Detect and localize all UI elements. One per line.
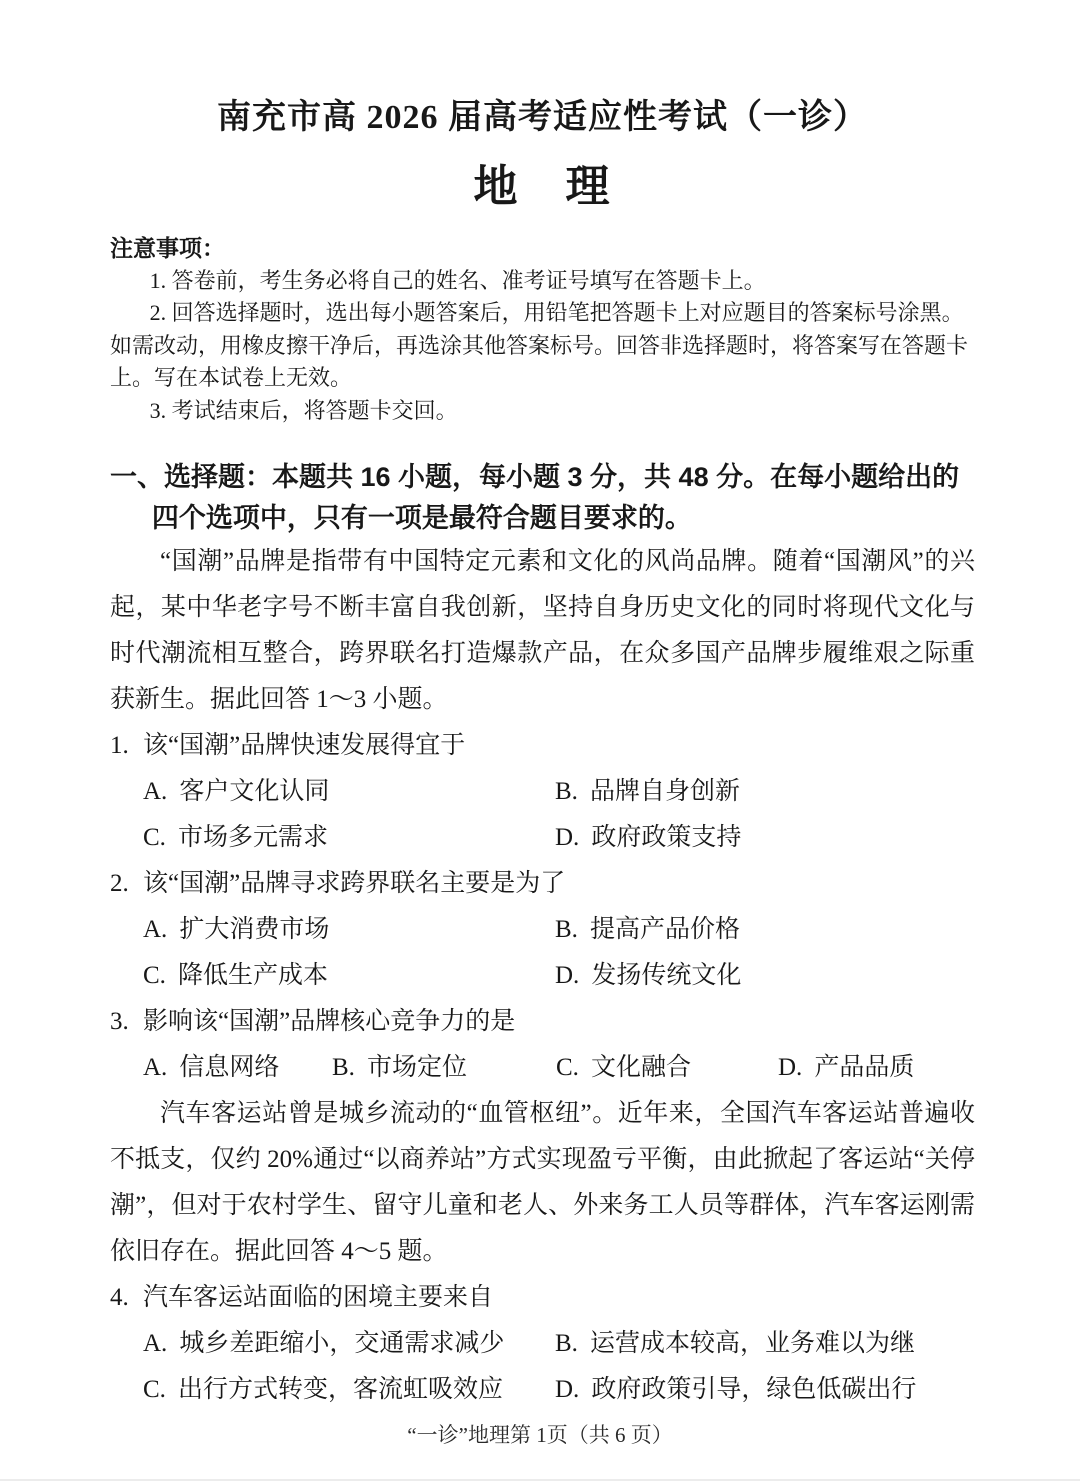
option-b: B.提高产品价格 xyxy=(555,907,975,953)
option-text: 文化融合 xyxy=(591,1054,691,1081)
question-number: 3. xyxy=(110,999,143,1045)
notice-heading: 注意事项： xyxy=(110,232,975,265)
option-label: B. xyxy=(332,1054,355,1081)
notice-item-1: 1. 答卷前，考生务必将自己的姓名、准考证号填写在答题卡上。 xyxy=(110,265,975,298)
option-label: A. xyxy=(143,1054,167,1081)
passage-bus-station: 汽车客运站曾是城乡流动的“血管枢纽”。近年来，全国汽车客运站普遍收不抵支，仅约 … xyxy=(110,1091,975,1275)
option-d: D.产品品质 xyxy=(778,1045,975,1091)
notice-section: 注意事项： 1. 答卷前，考生务必将自己的姓名、准考证号填写在答题卡上。 2. … xyxy=(110,232,975,427)
question-1-options: A.客户文化认同 B.品牌自身创新 C.市场多元需求 D.政府政策支持 xyxy=(110,769,975,861)
option-label: D. xyxy=(555,1376,579,1403)
question-stem: 影响该“国潮”品牌核心竞争力的是 xyxy=(143,1008,515,1035)
option-text: 提高产品价格 xyxy=(590,916,740,943)
question-1: 1.该“国潮”品牌快速发展得宜于 A.客户文化认同 B.品牌自身创新 C.市场多… xyxy=(110,723,975,861)
option-text: 信息网络 xyxy=(179,1054,279,1081)
option-a: A.信息网络 xyxy=(143,1045,332,1091)
option-label: B. xyxy=(555,778,578,805)
option-text: 产品品质 xyxy=(814,1054,914,1081)
option-label: D. xyxy=(778,1054,802,1081)
question-3: 3.影响该“国潮”品牌核心竞争力的是 A.信息网络 B.市场定位 C.文化融合 … xyxy=(110,999,975,1091)
question-number: 4. xyxy=(110,1275,143,1321)
question-number: 1. xyxy=(110,723,143,769)
notice-item-2: 2. 回答选择题时，选出每小题答案后，用铅笔把答题卡上对应题目的答案标号涂黑。如… xyxy=(110,297,975,395)
option-label: C. xyxy=(143,962,166,989)
question-4-stem-row: 4.汽车客运站面临的困境主要来自 xyxy=(110,1275,975,1321)
option-label: B. xyxy=(555,916,578,943)
option-d: D.发扬传统文化 xyxy=(555,953,975,999)
question-stem: 该“国潮”品牌快速发展得宜于 xyxy=(143,732,465,759)
question-2: 2.该“国潮”品牌寻求跨界联名主要是为了 A.扩大消费市场 B.提高产品价格 C… xyxy=(110,861,975,999)
option-label: C. xyxy=(143,824,166,851)
option-label: D. xyxy=(555,962,579,989)
question-stem: 该“国潮”品牌寻求跨界联名主要是为了 xyxy=(143,870,565,897)
option-text: 扩大消费市场 xyxy=(179,916,329,943)
option-label: A. xyxy=(143,916,167,943)
question-2-stem-row: 2.该“国潮”品牌寻求跨界联名主要是为了 xyxy=(110,861,975,907)
option-c: C.市场多元需求 xyxy=(143,815,555,861)
option-label: A. xyxy=(143,1330,167,1357)
exam-title: 南充市高 2026 届高考适应性考试（一诊） xyxy=(110,98,975,138)
option-d: D.政府政策引导，绿色低碳出行 xyxy=(555,1367,975,1413)
option-label: C. xyxy=(556,1054,579,1081)
exam-paper-page: 南充市高 2026 届高考适应性考试（一诊） 地 理 注意事项： 1. 答卷前，… xyxy=(0,0,1080,1481)
option-b: B.运营成本较高，业务难以为继 xyxy=(555,1321,975,1367)
question-stem: 汽车客运站面临的困境主要来自 xyxy=(143,1284,493,1311)
option-text: 市场多元需求 xyxy=(178,824,328,851)
option-text: 品牌自身创新 xyxy=(590,778,740,805)
option-text: 降低生产成本 xyxy=(178,962,328,989)
option-c: C.降低生产成本 xyxy=(143,953,555,999)
question-number: 2. xyxy=(110,861,143,907)
option-a: A.客户文化认同 xyxy=(143,769,555,815)
option-b: B.品牌自身创新 xyxy=(555,769,975,815)
option-label: D. xyxy=(555,824,579,851)
option-text: 城乡差距缩小，交通需求减少 xyxy=(179,1330,504,1357)
option-c: C.文化融合 xyxy=(556,1045,778,1091)
section-1-heading: 一、选择题：本题共 16 小题，每小题 3 分，共 48 分。在每小题给出的四个… xyxy=(110,457,975,539)
option-text: 政府政策支持 xyxy=(591,824,741,851)
option-a: A.扩大消费市场 xyxy=(143,907,555,953)
option-text: 市场定位 xyxy=(367,1054,467,1081)
option-label: A. xyxy=(143,778,167,805)
question-3-options: A.信息网络 B.市场定位 C.文化融合 D.产品品质 xyxy=(110,1045,975,1091)
option-c: C.出行方式转变，客流虹吸效应 xyxy=(143,1367,555,1413)
page-footer: “一诊”地理第 1页（共 6 页） xyxy=(0,1419,1080,1449)
question-4: 4.汽车客运站面临的困境主要来自 A.城乡差距缩小，交通需求减少 B.运营成本较… xyxy=(110,1275,975,1413)
subject-title: 地 理 xyxy=(110,162,975,212)
option-d: D.政府政策支持 xyxy=(555,815,975,861)
option-label: C. xyxy=(143,1376,166,1403)
option-text: 运营成本较高，业务难以为继 xyxy=(590,1330,915,1357)
question-4-options: A.城乡差距缩小，交通需求减少 B.运营成本较高，业务难以为继 C.出行方式转变… xyxy=(110,1321,975,1413)
option-text: 发扬传统文化 xyxy=(591,962,741,989)
option-text: 出行方式转变，客流虹吸效应 xyxy=(178,1376,503,1403)
option-label: B. xyxy=(555,1330,578,1357)
page-content: 南充市高 2026 届高考适应性考试（一诊） 地 理 注意事项： 1. 答卷前，… xyxy=(0,98,1080,1413)
question-1-stem-row: 1.该“国潮”品牌快速发展得宜于 xyxy=(110,723,975,769)
option-b: B.市场定位 xyxy=(332,1045,556,1091)
question-2-options: A.扩大消费市场 B.提高产品价格 C.降低生产成本 D.发扬传统文化 xyxy=(110,907,975,999)
option-text: 客户文化认同 xyxy=(179,778,329,805)
option-a: A.城乡差距缩小，交通需求减少 xyxy=(143,1321,555,1367)
passage-guochao: “国潮”品牌是指带有中国特定元素和文化的风尚品牌。随着“国潮风”的兴起，某中华老… xyxy=(110,539,975,723)
notice-item-3: 3. 考试结束后，将答题卡交回。 xyxy=(110,395,975,428)
option-text: 政府政策引导，绿色低碳出行 xyxy=(591,1376,916,1403)
question-3-stem-row: 3.影响该“国潮”品牌核心竞争力的是 xyxy=(110,999,975,1045)
